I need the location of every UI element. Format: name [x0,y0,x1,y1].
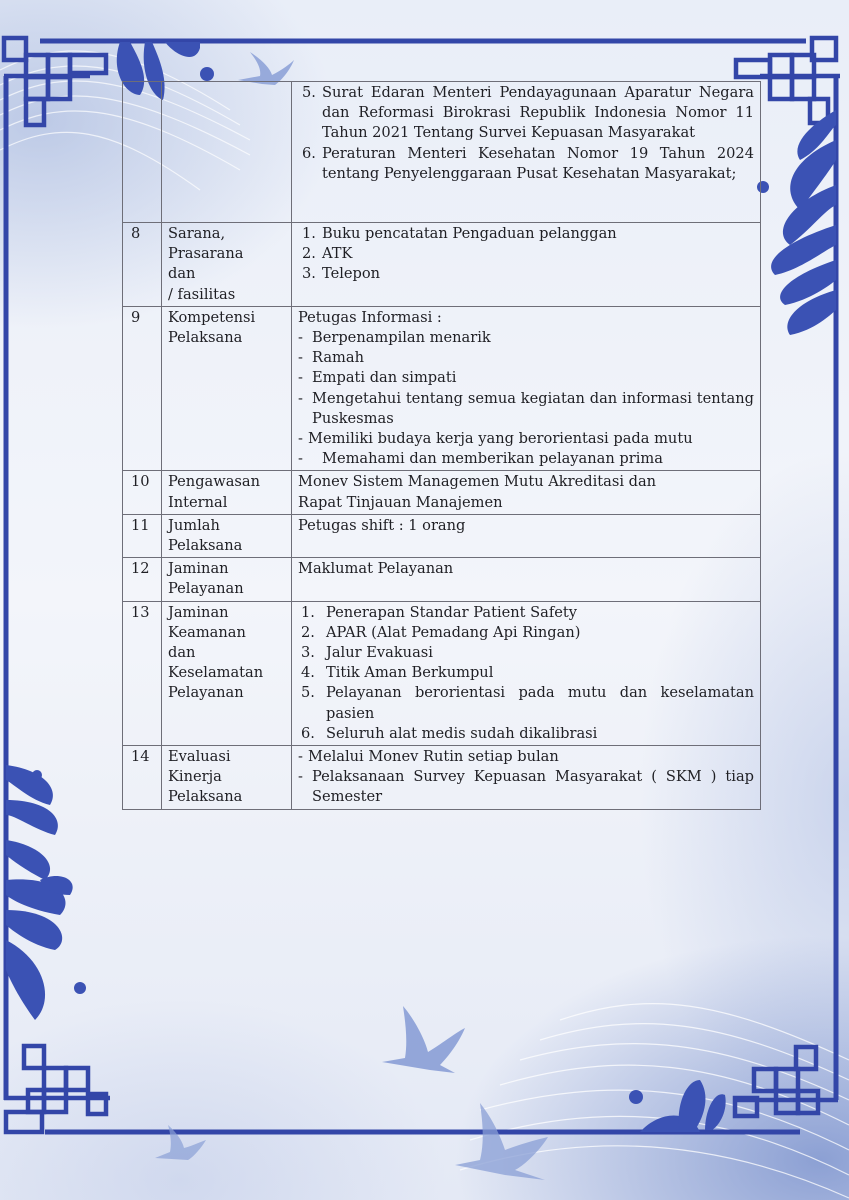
list-item: - Memahami dan memberikan pelayanan prim… [298,449,754,469]
description-cell: Petugas Informasi : - Berpenampilan mena… [292,306,761,471]
list-text: APAR (Alat Pemadang Api Ringan) [326,623,754,643]
list-marker: - [298,747,308,767]
component-line: Sarana, [168,224,285,244]
list-marker: 1. [302,224,322,244]
list-item: - Mengetahui tentang semua kegiatan dan … [298,389,754,429]
component-line: dan [168,643,285,663]
list-marker: - [298,449,322,469]
list-item: 4. Titik Aman Berkumpul [301,663,754,683]
description-cell: 5. Surat Edaran Menteri Pendayagunaan Ap… [292,82,761,223]
component-cell: Pengawasan Internal [162,471,292,514]
table-row: 14 Evaluasi Kinerja Pelaksana - Melalui … [123,746,761,810]
table-row: 10 Pengawasan Internal Monev Sistem Mana… [123,471,761,514]
component-cell: Sarana, Prasarana dan / fasilitas [162,223,292,307]
list-text: ATK [322,244,754,264]
list-text: Melalui Monev Rutin setiap bulan [308,747,754,767]
list-item: - Ramah [298,348,754,368]
description-cell: 1. Penerapan Standar Patient Safety 2. A… [292,601,761,745]
list-marker: 2. [302,244,322,264]
list-marker: 3. [302,264,322,284]
list-marker: 1. [301,603,326,623]
list-text: Pelayanan berorientasi pada mutu dan kes… [326,683,754,723]
list-text: Penerapan Standar Patient Safety [326,603,754,623]
component-line: Keamanan [168,623,285,643]
component-line: Prasarana [168,244,285,264]
list-marker: 2. [301,623,326,643]
component-cell: Jaminan Keamanan dan Keselamatan Pelayan… [162,601,292,745]
list-marker: 5. [301,683,326,723]
list-item: - Melalui Monev Rutin setiap bulan [298,747,754,767]
list-marker: 5. [302,83,322,144]
list-text: Surat Edaran Menteri Pendayagunaan Apara… [322,83,754,144]
component-line: Pengawasan [168,472,285,492]
list-marker: 3. [301,643,326,663]
list-text: Titik Aman Berkumpul [326,663,754,683]
description-cell: - Melalui Monev Rutin setiap bulan - Pel… [292,746,761,810]
table-row: 9 Kompetensi Pelaksana Petugas Informasi… [123,306,761,471]
component-cell: Kompetensi Pelaksana [162,306,292,471]
description-cell: Maklumat Pelayanan [292,558,761,601]
service-standard-table: 5. Surat Edaran Menteri Pendayagunaan Ap… [122,81,761,810]
component-line: Evaluasi [168,747,285,767]
row-number-cell: 10 [123,471,162,514]
row-number-cell: 11 [123,514,162,557]
list-item: 2. APAR (Alat Pemadang Api Ringan) [301,623,754,643]
component-line: Keselamatan [168,663,285,683]
list-text: Mengetahui tentang semua kegiatan dan in… [312,389,754,429]
list-text: Pelaksanaan Survey Kepuasan Masyarakat (… [312,767,754,807]
component-line: Internal [168,493,285,513]
table-row: 13 Jaminan Keamanan dan Keselamatan Pela… [123,601,761,745]
list-text: Buku pencatatan Pengaduan pelanggan [322,224,754,244]
list-item: - Empati dan simpati [298,368,754,388]
list-item: 6. Seluruh alat medis sudah dikalibrasi [301,724,754,744]
component-line: / fasilitas [168,285,285,305]
description-cell: Petugas shift : 1 orang [292,514,761,557]
table-row: 11 Jumlah Pelaksana Petugas shift : 1 or… [123,514,761,557]
description-cell: Monev Sistem Managemen Mutu Akreditasi d… [292,471,761,514]
list-text: Seluruh alat medis sudah dikalibrasi [326,724,754,744]
table-row: 12 Jaminan Pelayanan Maklumat Pelayanan [123,558,761,601]
table-row: 8 Sarana, Prasarana dan / fasilitas 1. B… [123,223,761,307]
list-marker: - [298,429,308,449]
component-line: dan [168,264,285,284]
section-heading: Petugas Informasi : [298,308,754,328]
component-line: Pelayanan [168,683,285,703]
description-line: Monev Sistem Managemen Mutu Akreditasi d… [298,472,754,492]
list-text: Telepon [322,264,754,284]
list-marker: - [298,328,312,348]
list-marker: - [298,389,312,429]
list-item: 3. Telepon [302,264,754,284]
list-item: 5. Surat Edaran Menteri Pendayagunaan Ap… [302,83,754,144]
component-line: Jumlah [168,516,285,536]
list-marker: 6. [302,144,322,184]
list-text: Berpenampilan menarik [312,328,754,348]
list-item: - Memiliki budaya kerja yang berorientas… [298,429,754,449]
list-item: 1. Penerapan Standar Patient Safety [301,603,754,623]
table-row-continued: 5. Surat Edaran Menteri Pendayagunaan Ap… [123,82,761,223]
component-line: Pelaksana [168,328,285,348]
list-text: Peraturan Menteri Kesehatan Nomor 19 Tah… [322,144,754,184]
component-cell: Jaminan Pelayanan [162,558,292,601]
list-marker: - [298,767,312,807]
description-cell: 1. Buku pencatatan Pengaduan pelanggan 2… [292,223,761,307]
list-marker: 6. [301,724,326,744]
row-number-cell: 12 [123,558,162,601]
list-item: 1. Buku pencatatan Pengaduan pelanggan [302,224,754,244]
component-line: Kompetensi [168,308,285,328]
component-cell [162,82,292,223]
list-item: 3. Jalur Evakuasi [301,643,754,663]
list-text: Memiliki budaya kerja yang berorientasi … [308,429,754,449]
list-marker: - [298,348,312,368]
component-line: Jaminan [168,603,285,623]
description-line: Maklumat Pelayanan [298,559,754,579]
list-text: Memahami dan memberikan pelayanan prima [322,449,754,469]
list-marker: 4. [301,663,326,683]
component-line: Pelayanan [168,579,285,599]
list-text: Ramah [312,348,754,368]
row-number-cell: 14 [123,746,162,810]
list-text: Empati dan simpati [312,368,754,388]
component-line: Kinerja [168,767,285,787]
list-item: - Pelaksanaan Survey Kepuasan Masyarakat… [298,767,754,807]
row-number-cell: 9 [123,306,162,471]
row-number-cell [123,82,162,223]
description-line: Petugas shift : 1 orang [298,516,754,536]
list-item: 5. Pelayanan berorientasi pada mutu dan … [301,683,754,723]
row-number-cell: 8 [123,223,162,307]
component-cell: Jumlah Pelaksana [162,514,292,557]
component-line: Pelaksana [168,787,285,807]
description-line: Rapat Tinjauan Manajemen [298,493,754,513]
list-item: - Berpenampilan menarik [298,328,754,348]
component-cell: Evaluasi Kinerja Pelaksana [162,746,292,810]
component-line: Jaminan [168,559,285,579]
component-line: Pelaksana [168,536,285,556]
list-text: Jalur Evakuasi [326,643,754,663]
list-item: 6. Peraturan Menteri Kesehatan Nomor 19 … [302,144,754,184]
list-marker: - [298,368,312,388]
row-number-cell: 13 [123,601,162,745]
list-item: 2. ATK [302,244,754,264]
